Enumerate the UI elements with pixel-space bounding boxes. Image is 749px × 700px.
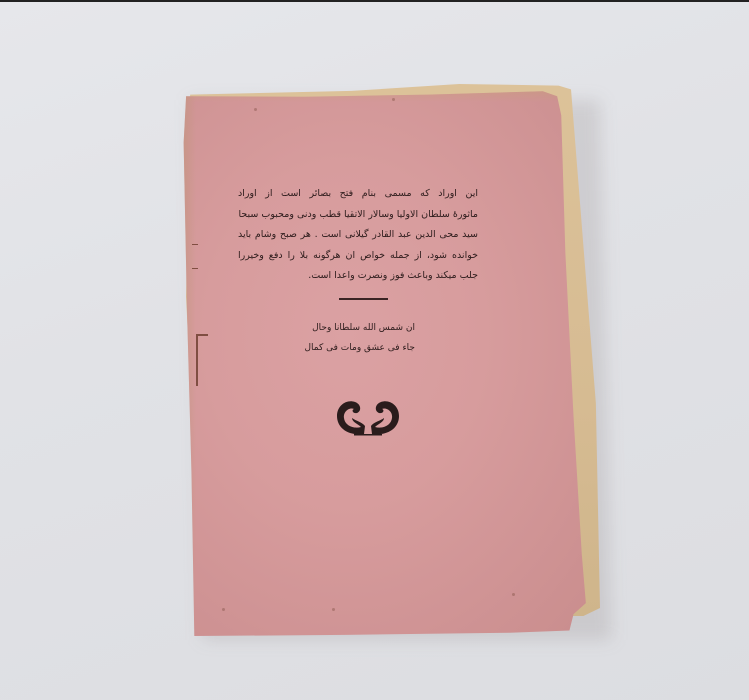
horizontal-divider: [339, 298, 388, 300]
foxing-spot: [222, 608, 225, 611]
cover-worn-left-edge: [182, 88, 196, 636]
paragraph-line: این اوراد که مسمی بنام فتح بصائر است از …: [238, 184, 478, 205]
photo-scene: این اوراد که مسمی بنام فتح بصائر است از …: [0, 0, 749, 700]
foxing-spot: [332, 608, 335, 611]
foxing-spot: [392, 98, 395, 101]
paragraph-line: سید محی الدین عبد القادر گیلانی است . هر…: [238, 225, 478, 246]
paragraph-line: جلب میکند وباعث فوز ونصرت واعدا است.: [238, 266, 478, 287]
binding-stitch-mark: [192, 244, 198, 251]
binding-tear-mark: [196, 334, 208, 386]
paragraph-line: ماثورهٔ سلطان الاولیا وسالار الاتقیا قطب…: [238, 205, 478, 226]
cover-paragraph: این اوراد که مسمی بنام فتح بصائر است از …: [238, 184, 478, 287]
verse-line: جاء فی عشق ومات فی کمال: [300, 338, 415, 358]
scroll-ornament-icon: [334, 396, 402, 438]
binding-stitch-mark: [192, 268, 198, 275]
pamphlet-cover: [182, 88, 592, 636]
foxing-spot: [512, 593, 515, 596]
top-border: [0, 0, 749, 2]
verse-line: ان شمس الله سلطانا وحال: [300, 318, 415, 338]
cover-verse: ان شمس الله سلطانا وحال جاء فی عشق ومات …: [300, 318, 415, 358]
foxing-spot: [254, 108, 257, 111]
paragraph-line: خوانده شود، از جمله خواص ان هرگونه بلا ر…: [238, 246, 478, 267]
